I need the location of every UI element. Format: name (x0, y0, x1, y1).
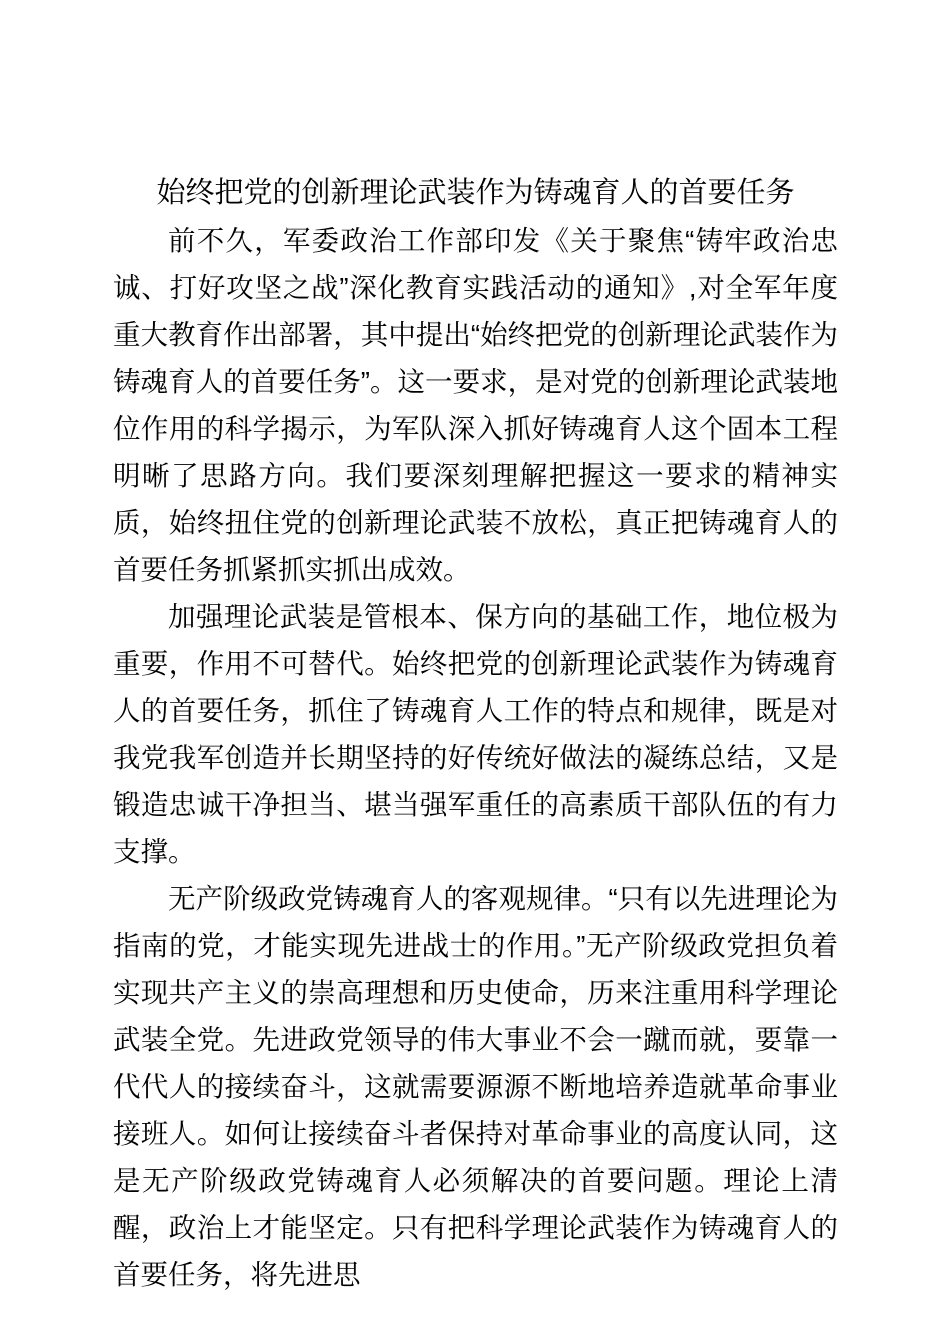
paragraph: 加强理论武装是管根本、保方向的基础工作，地位极为重要，作用不可替代。始终把党的创… (113, 593, 838, 875)
document-page: 始终把党的创新理论武装作为铸魂育人的首要任务 前不久，军委政治工作部印发《关于聚… (0, 0, 950, 1344)
paragraph: 无产阶级政党铸魂育人的客观规律。“只有以先进理论为指南的党，才能实现先进战士的作… (113, 875, 838, 1298)
document-body: 前不久，军委政治工作部印发《关于聚焦“铸牢政治忠诚、打好攻坚之战”深化教育实践活… (113, 217, 838, 1298)
paragraph: 前不久，军委政治工作部印发《关于聚焦“铸牢政治忠诚、打好攻坚之战”深化教育实践活… (113, 217, 838, 593)
document-title: 始终把党的创新理论武装作为铸魂育人的首要任务 (113, 170, 838, 217)
